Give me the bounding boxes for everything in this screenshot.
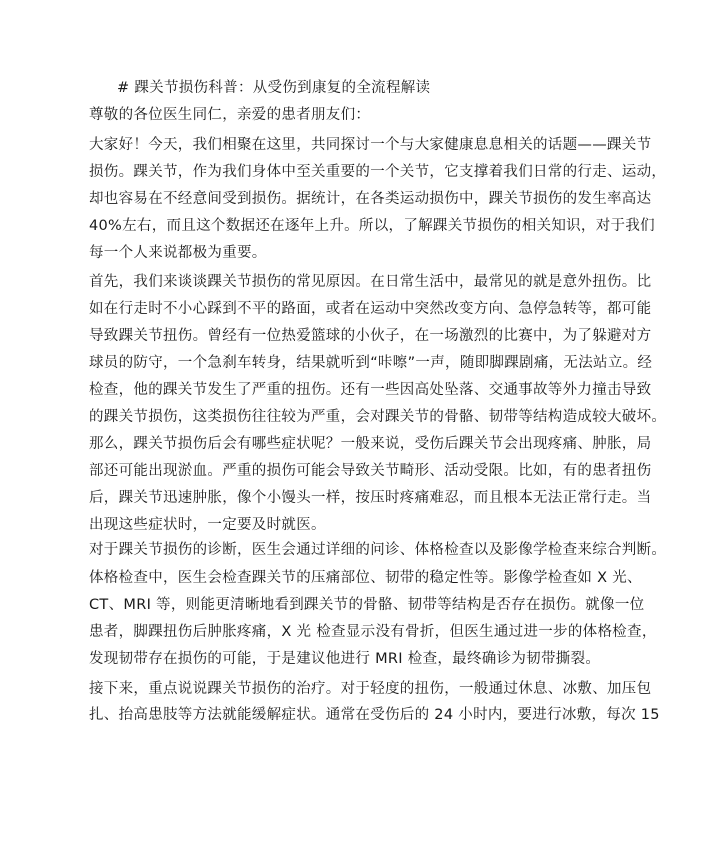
text-line: 出现这些症状时，一定要及时就医。	[89, 515, 619, 535]
document-title: # 踝关节损伤科普：从受伤到康复的全流程解读	[117, 78, 430, 98]
text-line: 首先，我们来谈谈踝关节损伤的常见原因。在日常生活中，最常见的就是意外扭伤。比	[89, 272, 619, 292]
text-line: 扎、抬高患肢等方法就能缓解症状。通常在受伤后的 24 小时内，要进行冰敷，每次 …	[89, 705, 619, 725]
text-line: 患者，脚踝扭伤后肿胀疼痛，X 光 检查显示没有骨折，但医生通过进一步的体格检查，	[89, 622, 619, 642]
text-line: 接下来，重点说说踝关节损伤的治疗。对于轻度的扭伤，一般通过休息、冰敷、加压包	[89, 679, 619, 699]
greeting: 尊敬的各位医生同仁，亲爱的患者朋友们：	[89, 105, 619, 125]
text-line: 的踝关节损伤，这类损伤往往较为严重，会对踝关节的骨骼、韧带等结构造成较大破坏。	[89, 407, 619, 427]
text-line: CT、MRI 等，则能更清晰地看到踝关节的骨骼、韧带等结构是否存在损伤。就像一位	[89, 595, 619, 615]
text-line: 发现韧带存在损伤的可能，于是建议他进行 MRI 检查，最终确诊为韧带撕裂。	[89, 649, 619, 669]
text-line: 却也容易在不经意间受到损伤。据统计，在各类运动损伤中，踝关节损伤的发生率高达	[89, 189, 619, 209]
text-line: 40%左右，而且这个数据还在逐年上升。所以，了解踝关节损伤的相关知识，对于我们	[89, 216, 619, 236]
text-line: 部还可能出现淤血。严重的损伤可能会导致关节畸形、活动受限。比如，有的患者扭伤	[89, 461, 619, 481]
text-line: 如在行走时不小心踩到不平的路面，或者在运动中突然改变方向、急停急转等，都可能	[89, 299, 619, 319]
text-line: 每一个人来说都极为重要。	[89, 243, 619, 263]
text-line: 球员的防守，一个急刹车转身，结果就听到“咔嚓”一声，随即脚踝剧痛，无法站立。经	[89, 353, 619, 373]
text-line: 损伤。踝关节，作为我们身体中至关重要的一个关节，它支撑着我们日常的行走、运动，	[89, 162, 619, 182]
text-line: 大家好！今天，我们相聚在这里，共同探讨一个与大家健康息息相关的话题——踝关节	[89, 135, 619, 155]
document-page: # 踝关节损伤科普：从受伤到康复的全流程解读 尊敬的各位医生同仁，亲爱的患者朋友…	[0, 0, 708, 841]
text-line: 后，踝关节迅速肿胀，像个小馒头一样，按压时疼痛难忍，而且根本无法正常行走。当	[89, 488, 619, 508]
text-line: 检查，他的踝关节发生了严重的扭伤。还有一些因高处坠落、交通事故等外力撞击导致	[89, 380, 619, 400]
text-line: 那么，踝关节损伤后会有哪些症状呢？一般来说，受伤后踝关节会出现疼痛、肿胀，局	[89, 434, 619, 454]
text-line: 导致踝关节扭伤。曾经有一位热爱篮球的小伙子，在一场激烈的比赛中，为了躲避对方	[89, 326, 619, 346]
text-line: 体格检查中，医生会检查踝关节的压痛部位、韧带的稳定性等。影像学检查如 X 光、	[89, 568, 619, 588]
text-line: 对于踝关节损伤的诊断，医生会通过详细的问诊、体格检查以及影像学检查来综合判断。	[89, 540, 619, 560]
